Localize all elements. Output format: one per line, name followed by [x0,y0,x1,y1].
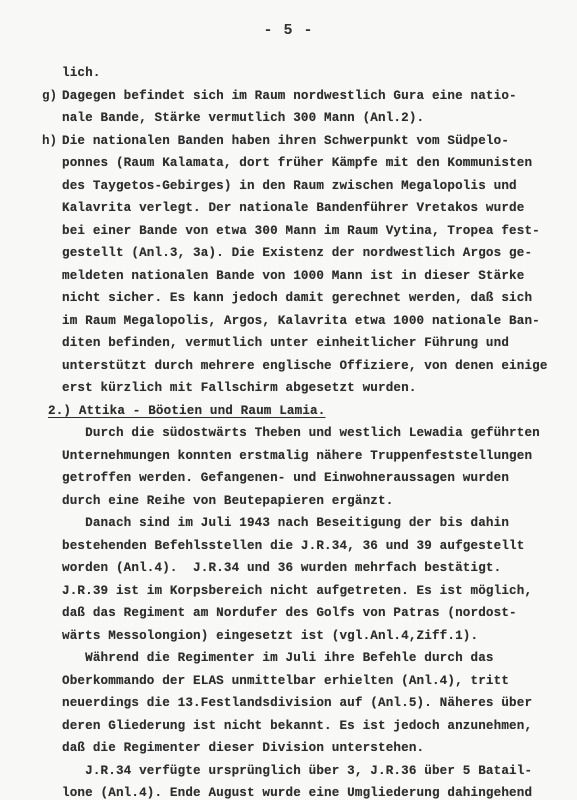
text-line: nicht sicher. Es kann jedoch damit gerec… [62,290,532,306]
text-line: meldeten nationalen Bande von 1000 Mann … [62,268,524,284]
text-line: Durch die südostwärts Theben und westlic… [62,425,540,441]
text-line: lich. [62,65,101,81]
text-line: des Taygetos-Gebirges) in den Raum zwisc… [62,178,517,194]
section-heading: 2.) Attika - Böotien und Raum Lamia. [48,403,325,419]
text-line: durch eine Reihe von Beutepapieren ergän… [62,493,393,509]
text-line: wärts Messolongion) eingesetzt ist (vgl.… [62,628,478,644]
text-line: Danach sind im Juli 1943 nach Beseitigun… [62,515,509,531]
text-line: J.R.39 ist im Korpsbereich nicht aufgetr… [62,583,532,599]
list-item-label: g) [42,88,57,104]
text-line: deren Gliederung ist nicht bekannt. Es i… [62,718,532,734]
text-line: J.R.34 verfügte ursprünglich über 3, J.R… [62,763,532,779]
text-line: worden (Anl.4). J.R.34 und 36 wurden meh… [62,560,501,576]
text-line: Dagegen befindet sich im Raum nordwestli… [62,88,517,104]
text-line: getroffen werden. Gefangenen- und Einwoh… [62,470,509,486]
document-page: - 5 - lich.g)Dagegen befindet sich im Ra… [0,0,577,800]
text-line: nale Bande, Stärke vermutlich 300 Mann (… [62,110,424,126]
text-line: bei einer Bande von etwa 300 Mann im Rau… [62,223,540,239]
text-line: im Raum Megalopolis, Argos, Kalavrita et… [62,313,540,329]
text-line: ponnes (Raum Kalamata, dort früher Kämpf… [62,155,532,171]
text-line: unterstützt durch mehrere englische Offi… [62,358,548,374]
text-line: lone (Anl.4). Ende August wurde eine Umg… [62,785,532,800]
text-line: bestehenden Befehlsstellen die J.R.34, 3… [62,538,524,554]
list-item-label: h) [42,133,57,149]
text-line: Unternehmungen konnten erstmalig nähere … [62,448,532,464]
text-line: daß das Regiment am Nordufer des Golfs v… [62,605,517,621]
page-number: - 5 - [0,22,577,39]
text-line: Während die Regimenter im Juli ihre Befe… [62,650,494,666]
text-line: erst kürzlich mit Fallschirm abgesetzt w… [62,380,417,396]
text-line: diten befinden, vermutlich unter einheit… [62,335,509,351]
text-line: daß die Regimenter dieser Division unter… [62,740,424,756]
text-line: gestellt (Anl.3, 3a). Die Existenz der n… [62,245,532,261]
text-line: Kalavrita verlegt. Der nationale Bandenf… [62,200,524,216]
text-line: neuerdings die 13.Festlandsdivision auf … [62,695,532,711]
text-line: Die nationalen Banden haben ihren Schwer… [62,133,509,149]
text-line: Oberkommando der ELAS unmittelbar erhiel… [62,673,509,689]
